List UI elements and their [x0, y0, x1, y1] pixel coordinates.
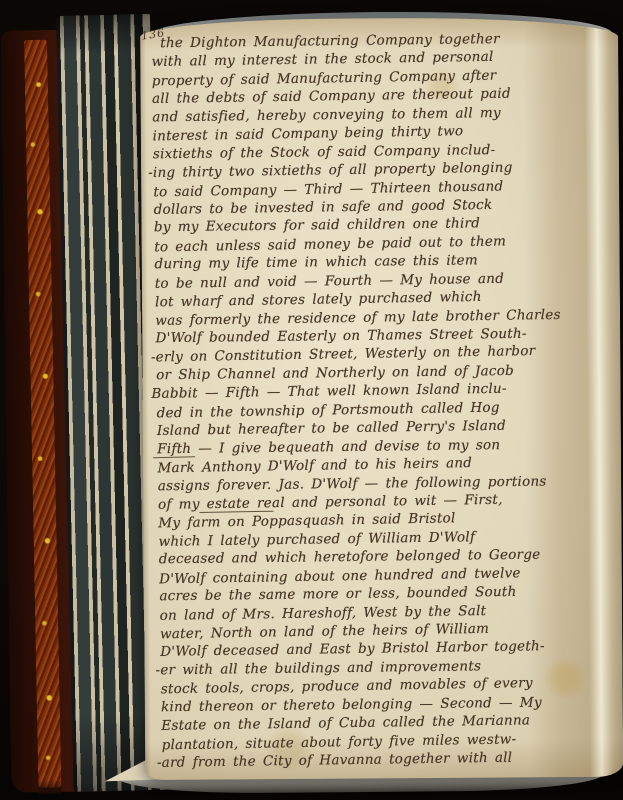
manuscript-text: the Dighton Manufacturing Company togeth… [151, 28, 620, 772]
manuscript-page: 136 the Dighton Manufacturing Company to… [140, 17, 623, 780]
manuscript-photo: 136 the Dighton Manufacturing Company to… [0, 0, 623, 800]
